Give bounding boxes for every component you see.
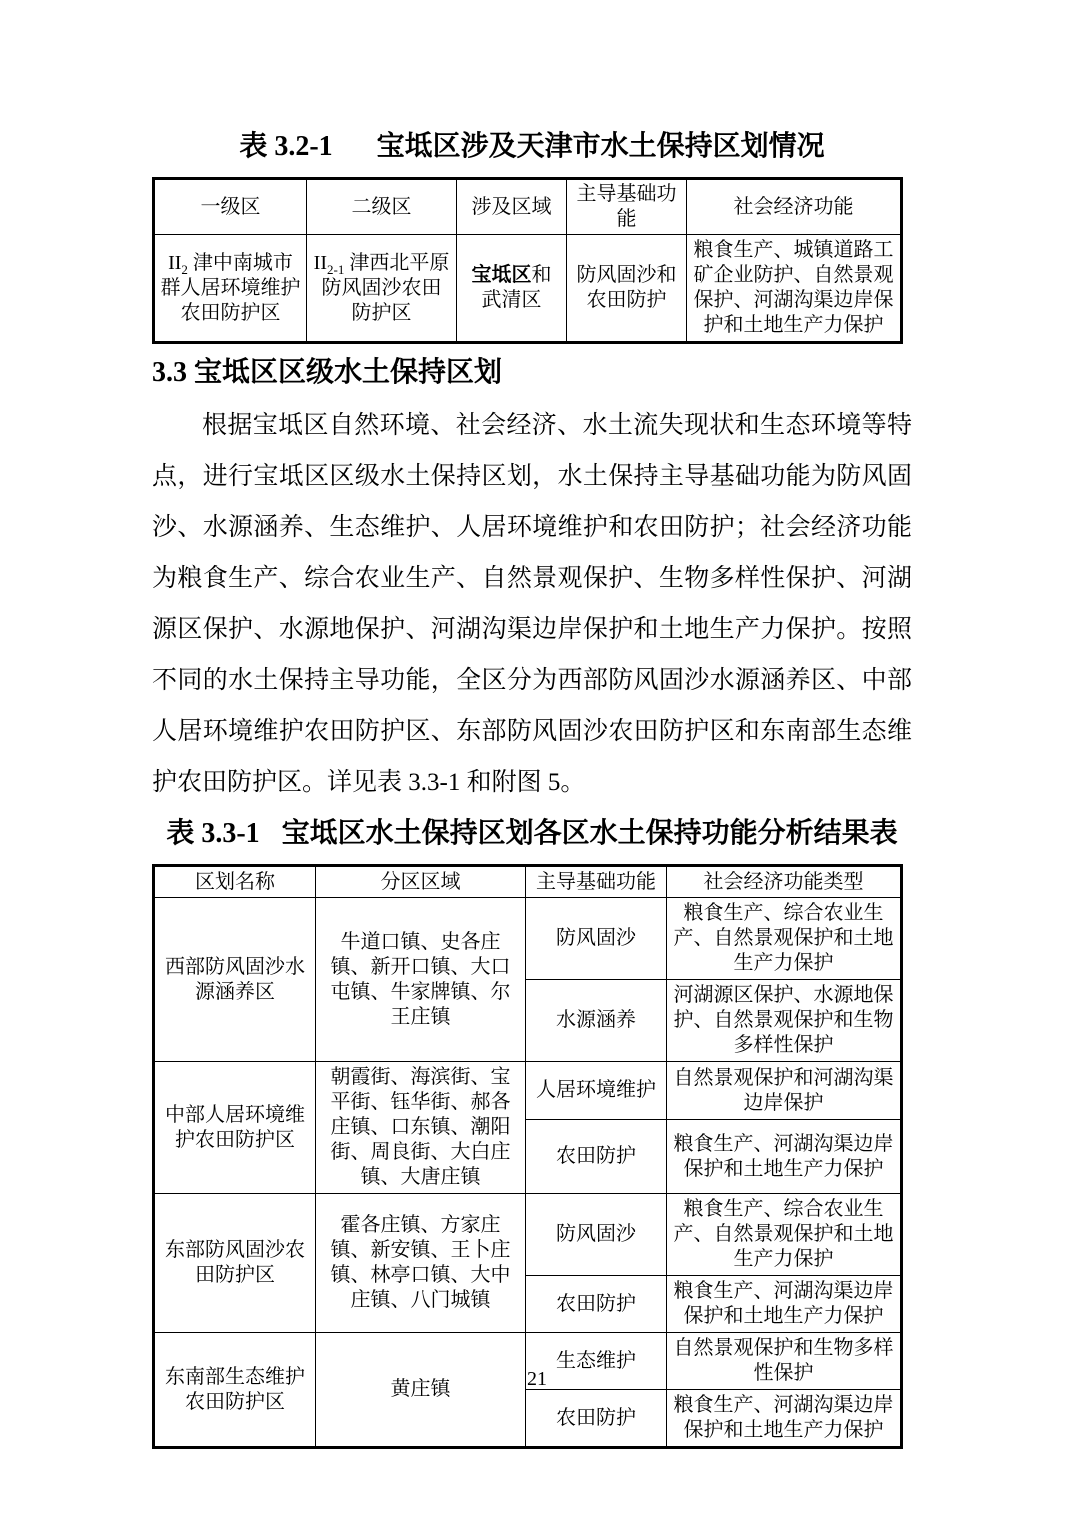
cell-basic-function: 防风固沙和农田防护 [567,235,687,343]
table1-data-row: II2 津中南城市群人居环境维护农田防护区 II2-1 津西北平原防风固沙农田防… [154,235,902,343]
zone-area-cell: 霍各庄镇、方家庄镇、新安镇、王卜庄镇、林亭口镇、大中庄镇、八门城镇 [316,1194,526,1333]
function-cell: 防风固沙 [526,1194,667,1276]
type-cell: 河湖源区保护、水源地保护、自然景观保护和生物多样性保护 [667,980,902,1062]
page-number: 21 [0,1368,1074,1391]
type-cell: 自然景观保护和河湖沟渠边岸保护 [667,1062,902,1120]
zone-area-cell: 朝霞街、海滨街、宝平街、钰华街、郝各庄镇、口东镇、潮阳街、周良街、大白庄镇、大唐… [316,1062,526,1194]
table1-title-text: 宝坻区涉及天津市水土保持区划情况 [377,131,825,162]
zone-area-cell: 牛道口镇、史各庄镇、新开口镇、大口屯镇、牛家牌镇、尔王庄镇 [316,898,526,1062]
table1-header-basic-function: 主导基础功能 [567,179,687,235]
table1-header-socioeconomic: 社会经济功能 [687,179,902,235]
cell-level2-zone: II2-1 津西北平原防风固沙农田防护区 [307,235,457,343]
type-cell: 粮食生产、综合农业生产、自然景观保护和土地生产力保护 [667,1194,902,1276]
cell-level1-zone: II2 津中南城市群人居环境维护农田防护区 [154,235,307,343]
table2-header-zone-name: 区划名称 [154,866,316,898]
type-cell: 粮食生产、河湖沟渠边岸保护和土地生产力保护 [667,1120,902,1194]
function-cell: 农田防护 [526,1120,667,1194]
type-cell: 粮食生产、综合农业生产、自然景观保护和土地生产力保护 [667,898,902,980]
region-bold: 宝坻区 [472,264,532,286]
level2-roman: II [314,252,327,274]
table-row: 西部防风固沙水源涵养区 牛道口镇、史各庄镇、新开口镇、大口屯镇、牛家牌镇、尔王庄… [154,898,902,980]
function-cell: 农田防护 [526,1390,667,1448]
function-cell: 农田防护 [526,1276,667,1333]
function-cell: 防风固沙 [526,898,667,980]
table2-header-area: 分区区域 [316,866,526,898]
zone-name-cell: 西部防风固沙水源涵养区 [154,898,316,1062]
table2-header-basic-function: 主导基础功能 [526,866,667,898]
section-heading: 3.3 宝坻区区级水土保持区划 [152,356,912,390]
table1-header-level2: 二级区 [307,179,457,235]
table-row: 东部防风固沙农田防护区 霍各庄镇、方家庄镇、新安镇、王卜庄镇、林亭口镇、大中庄镇… [154,1194,902,1276]
type-cell: 粮食生产、河湖沟渠边岸保护和土地生产力保护 [667,1390,902,1448]
table1-header-row: 一级区 二级区 涉及区域 主导基础功能 社会经济功能 [154,179,902,235]
zone-name-cell: 中部人居环境维护农田防护区 [154,1062,316,1194]
table1-header-level1: 一级区 [154,179,307,235]
document-page: 表 3.2-1宝坻区涉及天津市水土保持区划情况 一级区 二级区 涉及区域 主导基… [0,0,1074,1520]
level2-subscript: 2-1 [327,262,344,277]
table-3-2-1: 一级区 二级区 涉及区域 主导基础功能 社会经济功能 II2 津中南城市群人居环… [152,177,903,344]
table-row: 中部人居环境维护农田防护区 朝霞街、海滨街、宝平街、钰华街、郝各庄镇、口东镇、潮… [154,1062,902,1120]
table1-title-label: 表 3.2-1 [239,131,332,162]
zone-name-cell: 东部防风固沙农田防护区 [154,1194,316,1333]
table2-title: 表 3.3-1宝坻区水土保持区划各区水土保持功能分析结果表 [152,818,912,850]
function-cell: 水源涵养 [526,980,667,1062]
table2-title-label: 表 3.3-1 [166,818,259,849]
cell-region: 宝坻区和武清区 [457,235,567,343]
body-paragraph: 根据宝坻区自然环境、社会经济、水土流失现状和生态环境等特点，进行宝坻区区级水土保… [152,400,912,808]
page-content: 表 3.2-1宝坻区涉及天津市水土保持区划情况 一级区 二级区 涉及区域 主导基… [152,0,912,1449]
table2-header-row: 区划名称 分区区域 主导基础功能 社会经济功能类型 [154,866,902,898]
function-cell: 人居环境维护 [526,1062,667,1120]
table-3-3-1: 区划名称 分区区域 主导基础功能 社会经济功能类型 西部防风固沙水源涵养区 牛道… [152,864,903,1449]
table1-title: 表 3.2-1宝坻区涉及天津市水土保持区划情况 [152,131,912,163]
table2-header-socioeconomic-type: 社会经济功能类型 [667,866,902,898]
table1-header-region: 涉及区域 [457,179,567,235]
table2-title-text: 宝坻区水土保持区划各区水土保持功能分析结果表 [282,818,898,849]
level1-roman: II [168,252,181,274]
cell-socioeconomic: 粮食生产、城镇道路工矿企业防护、自然景观保护、河湖沟渠边岸保护和土地生产力保护 [687,235,902,343]
type-cell: 粮食生产、河湖沟渠边岸保护和土地生产力保护 [667,1276,902,1333]
